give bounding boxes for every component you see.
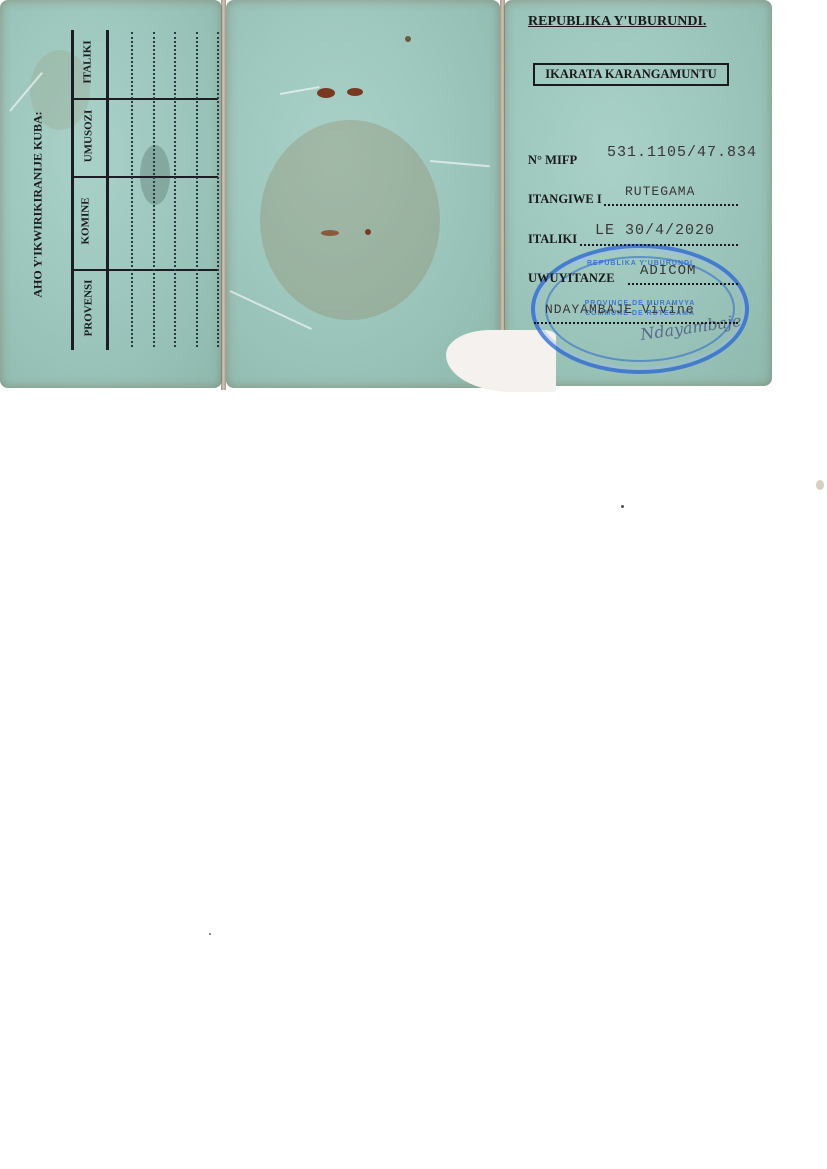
dotted-line (153, 32, 155, 347)
column-komine: KOMINE (80, 197, 92, 244)
column-provensi: PROVENSI (82, 280, 94, 337)
column-italiki: ITALIKI (82, 40, 94, 83)
spot (405, 36, 411, 42)
id-card-scan: AHO Y'IKWIRIKIRANIJE KUBA: PROVENSI KOMI… (0, 0, 775, 392)
scan-speck (621, 505, 624, 508)
scan-speck (209, 933, 211, 935)
country-title: REPUBLIKA Y'UBURUNDI. (528, 14, 706, 30)
dotted-line (217, 32, 219, 347)
table-border (71, 30, 74, 350)
field-label-mifp: N° MIFP (528, 153, 577, 168)
dotted-line (131, 32, 133, 347)
dotted-line (196, 32, 198, 347)
field-value-issuer: ADICOM (640, 263, 696, 279)
field-value-mifp: 531.1105/47.834 (607, 144, 757, 161)
field-dots (628, 283, 738, 285)
dotted-line (174, 32, 176, 347)
field-dots (580, 244, 738, 246)
field-label-issuer: UWUYITANZE (528, 271, 615, 286)
scan-speck (816, 480, 824, 490)
field-value-date: LE 30/4/2020 (595, 222, 715, 239)
stain (260, 120, 440, 320)
pin-hole (317, 88, 335, 98)
address-table-title: AHO Y'IKWIRIKIRANIJE KUBA: (31, 45, 46, 365)
stain (140, 145, 170, 205)
card-title: IKARATA KARANGAMUNTU (533, 63, 729, 86)
field-dots (534, 322, 738, 324)
fold-line (221, 0, 226, 390)
field-value-issuer-name: NDAYAMBAJE Vivine (545, 302, 695, 317)
field-value-issued-at: RUTEGAMA (625, 184, 695, 199)
pin-hole (321, 230, 339, 236)
table-border (106, 30, 109, 350)
pin-hole (347, 88, 363, 96)
field-dots (604, 204, 738, 206)
field-label-date: ITALIKI (528, 232, 577, 247)
pin-hole (365, 229, 371, 235)
field-label-issued-at: ITANGIWE I (528, 192, 602, 207)
column-umusozi: UMUSOZI (82, 110, 94, 163)
